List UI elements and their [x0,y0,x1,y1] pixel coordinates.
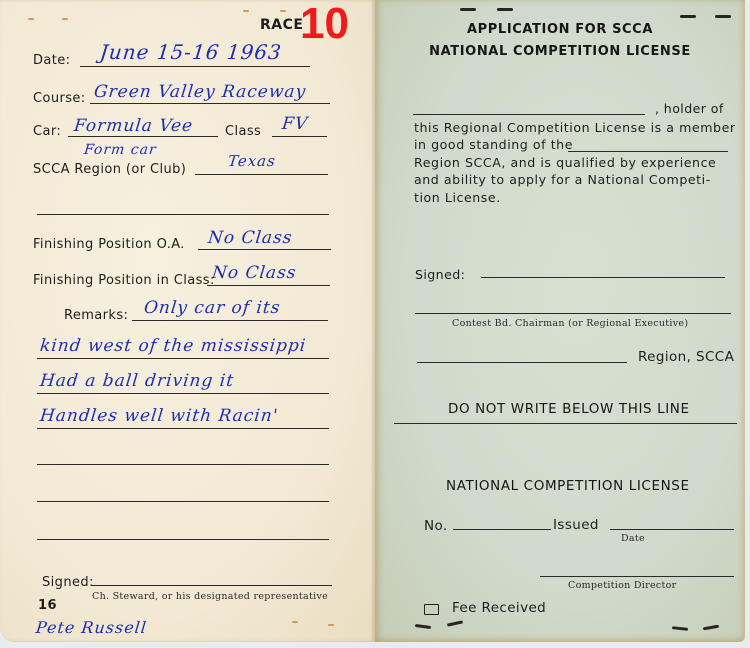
finish-class-label: Finishing Position in Class: [33,273,215,288]
date-caption: Date [621,533,645,544]
applicant-signature-line [481,277,725,278]
application-title-line-1: APPLICATION FOR SCCA [375,22,745,37]
finish-oa-line [198,249,331,250]
director-signature-line [540,576,734,577]
region-name-line [568,151,728,152]
region-scca-line [417,362,627,363]
license-application-page: APPLICATION FOR SCCA NATIONAL COMPETITIO… [375,0,745,642]
region-label: SCCA Region (or Club) [33,162,186,177]
class-value[interactable]: FV [281,114,309,134]
race-record-page: RACE 10 Date: June 15-16 1963 Course: Gr… [0,0,375,642]
remarks-line-2 [37,358,329,359]
director-caption: Competition Director [568,580,677,591]
license-no-label: No. [424,518,448,534]
course-value[interactable]: Green Valley Raceway [93,82,307,102]
holder-suffix: , holder of [655,101,724,116]
class-line [272,136,327,137]
steward-signed-label: Signed: [42,575,94,590]
paragraph-line-2-text: in good standing of the [414,137,573,152]
staple-mark [460,8,476,11]
finish-class-line [207,285,330,286]
blank-line [37,464,329,465]
finish-oa-value[interactable]: No Class [207,228,294,248]
fee-received-label: Fee Received [452,600,546,616]
remarks-text-3[interactable]: Had a ball driving it [39,371,235,391]
staple-mark [672,626,688,631]
license-no-line [453,529,551,530]
application-title-line-2: NATIONAL COMPETITION LICENSE [375,44,745,59]
paragraph-line-4: and ability to apply for a National Comp… [414,171,744,188]
holder-name-line [413,114,645,115]
rust-spot [328,624,334,626]
remarks-line-1 [132,320,328,321]
region-scca-suffix: Region, SCCA [638,349,734,365]
remarks-line-3 [37,393,329,394]
rust-spot [280,10,286,12]
paragraph-line-3: Region SCCA, and is qualified by experie… [414,154,744,171]
region-line [195,174,328,175]
rust-spot [292,621,298,623]
blank-line [37,501,329,502]
fee-received-checkbox[interactable] [424,604,439,615]
staple-mark [703,625,719,631]
remarks-label: Remarks: [64,308,128,323]
staple-mark [415,624,431,629]
blank-line [37,214,329,215]
staple-mark [680,15,696,18]
race-label: RACE [260,17,303,33]
car-label: Car: [33,124,61,139]
do-not-write-label: DO NOT WRITE BELOW THIS LINE [448,401,690,417]
course-line [90,103,330,104]
issued-date-line [610,529,734,530]
car-line [68,136,218,137]
remarks-text-1[interactable]: Only car of its [143,298,282,318]
paragraph-line-1: this Regional Competition License is a m… [414,119,744,136]
steward-signature-line [92,585,332,586]
chairman-caption: Contest Bd. Chairman (or Regional Execut… [452,318,688,329]
finish-class-value[interactable]: No Class [211,263,298,283]
blank-line [37,539,329,540]
staple-mark [497,8,513,11]
region-value[interactable]: Texas [227,152,277,170]
chairman-signature-line [415,313,731,314]
date-label: Date: [33,53,70,68]
license-section-title: NATIONAL COMPETITION LICENSE [446,478,690,494]
signature: Pete Russell [35,618,148,637]
race-number: 10 [300,2,349,46]
car-value[interactable]: Formula Vee [73,116,194,136]
course-label: Course: [33,91,86,106]
rust-spot [243,10,249,12]
rust-spot [62,18,68,20]
page-number: 16 [38,598,57,613]
application-paragraph: this Regional Competition License is a m… [414,119,744,206]
paragraph-line-5: tion License. [414,189,744,206]
do-not-write-divider [394,423,737,424]
car-note[interactable]: Form car [83,142,157,158]
class-label: Class [225,124,261,139]
staple-mark [715,15,731,18]
steward-caption: Ch. Steward, or his designated represent… [92,591,328,602]
remarks-text-4[interactable]: Handles well with Racin' [39,406,279,426]
staple-mark [447,620,463,626]
date-line [80,66,310,67]
date-value[interactable]: June 15-16 1963 [99,40,283,64]
remarks-line-4 [37,428,329,429]
remarks-text-2[interactable]: kind west of the mississippi [39,336,307,356]
issued-label: Issued [553,517,599,533]
applicant-signed-label: Signed: [415,267,465,282]
rust-spot [28,18,34,20]
finish-oa-label: Finishing Position O.A. [33,237,185,252]
